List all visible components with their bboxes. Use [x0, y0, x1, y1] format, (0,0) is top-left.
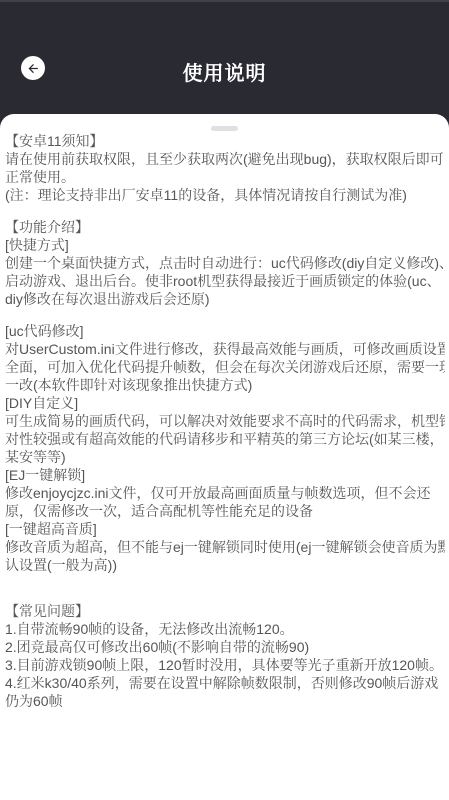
text-line	[5, 204, 445, 218]
text-line: 修改音质为超高，但不能与ej一键解锁同时使用(ej一键解锁会使音质为默	[5, 538, 445, 556]
text-line: 对UserCustom.ini文件进行修改，获得最高效能与画质，可修改画质设置	[5, 340, 445, 358]
text-line: 原，仅需修改一次，适合高配机等性能充足的设备	[5, 502, 445, 520]
text-line: 创建一个桌面快捷方式，点击时自动进行：uc代码修改(diy自定义修改)、	[5, 254, 445, 272]
text-line: [EJ一键解锁]	[5, 466, 445, 484]
text-line: diy修改在每次退出游戏后会还原)	[5, 290, 445, 308]
text-line: 4.红米k30/40系列，需要在设置中解除帧数限制，否则修改90帧后游戏	[5, 674, 445, 692]
text-line: (注：理论支持非出厂安卓11的设备，具体情况请按自行测试为准)	[5, 186, 445, 204]
header: 使用说明	[0, 2, 449, 114]
text-line: 认设置(一般为高))	[5, 556, 445, 574]
text-line: 3.目前游戏锁90帧上限，120暂时没用，具体要等光子重新开放120帧。	[5, 656, 445, 674]
text-line: [uc代码修改]	[5, 322, 445, 340]
text-line: 某安等等)	[5, 448, 445, 466]
instructions-text: 【安卓11须知】请在使用前获取权限，且至少获取两次(避免出现bug)，获取权限后…	[0, 131, 449, 710]
text-line: 对性较强或有超高效能的代码请移步和平精英的第三方论坛(如某三楼，	[5, 430, 445, 448]
text-line: 1.自带流畅90帧的设备，无法修改出流畅120。	[5, 620, 445, 638]
text-line: 2.团竞最高仅可修改出60帧(不影响自带的流畅90)	[5, 638, 445, 656]
content-sheet: 【安卓11须知】请在使用前获取权限，且至少获取两次(避免出现bug)，获取权限后…	[0, 114, 449, 800]
text-line: 仍为60帧	[5, 692, 445, 710]
text-line: 【安卓11须知】	[5, 132, 445, 150]
text-line: 正常使用。	[5, 168, 445, 186]
text-line: 【常见问题】	[5, 602, 445, 620]
text-line: 启动游戏、退出后台。使非root机型获得最接近于画质锁定的体验(uc、	[5, 272, 445, 290]
text-line: [快捷方式]	[5, 236, 445, 254]
text-line	[5, 588, 445, 602]
text-line: 一改(本软件即针对该现象推出快捷方式)	[5, 376, 445, 394]
text-line: 【功能介绍】	[5, 218, 445, 236]
text-line: [DIY自定义]	[5, 394, 445, 412]
text-line: 请在使用前获取权限，且至少获取两次(避免出现bug)，获取权限后即可	[5, 150, 445, 168]
text-line: 修改enjoycjzc.ini文件，仅可开放最高画面质量与帧数选项，但不会还	[5, 484, 445, 502]
text-line	[5, 308, 445, 322]
page-title: 使用说明	[0, 57, 449, 86]
text-line: 可生成简易的画质代码，可以解决对效能要求不高时的代码需求，机型针	[5, 412, 445, 430]
text-line: 全面，可加入优化代码提升帧数，但会在每次关闭游戏后还原，需要一玩	[5, 358, 445, 376]
text-line	[5, 574, 445, 588]
app-page: 使用说明 【安卓11须知】请在使用前获取权限，且至少获取两次(避免出现bug)，…	[0, 0, 449, 800]
text-line: [一键超高音质]	[5, 520, 445, 538]
